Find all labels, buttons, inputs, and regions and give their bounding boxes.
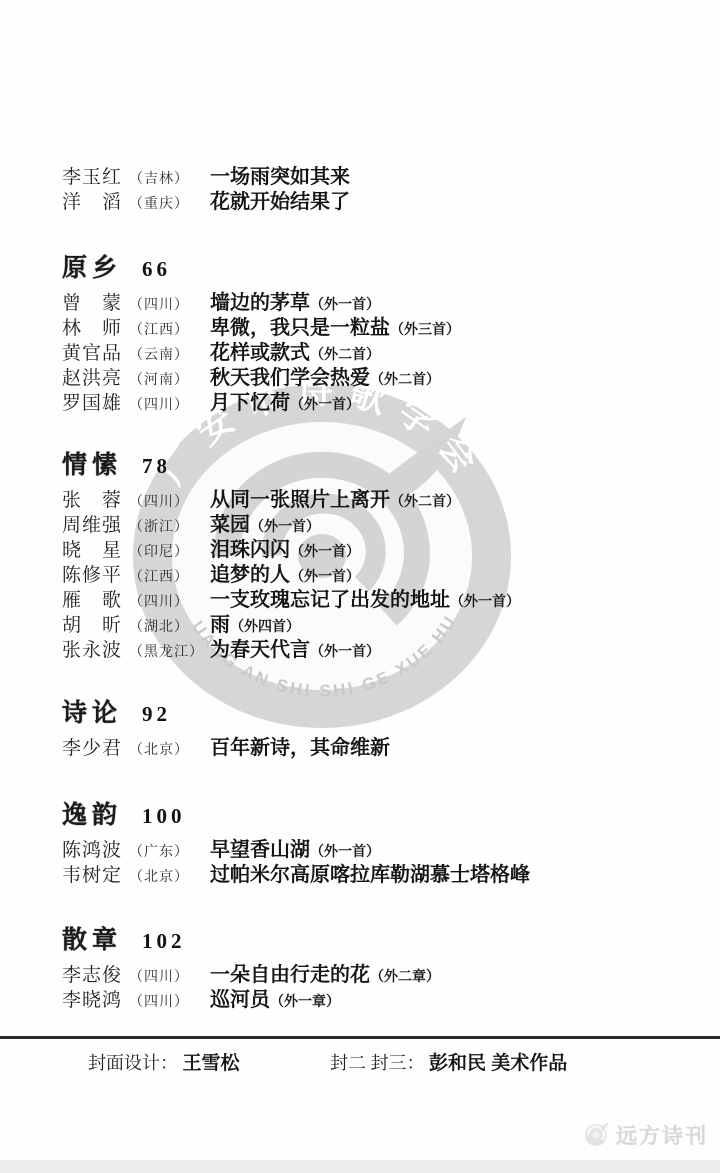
toc-entry-row: 胡 昕（湖北）雨（外四首） — [0, 613, 720, 638]
journal-logo-icon — [582, 1121, 610, 1149]
entry-work-title: 秋天我们学会热爱（外二首） — [210, 366, 440, 393]
entry-work-title-text: 追梦的人 — [210, 564, 290, 586]
entry-work-title: 为春天代言（外一首） — [210, 638, 380, 665]
toc-leading-entries: 李玉红（吉林）一场雨突如其来洋 滔（重庆）花就开始结果了 — [0, 0, 720, 215]
entry-count-note: （外一首） — [450, 595, 520, 610]
entry-count-note: （外一首） — [250, 520, 320, 535]
entry-work-title: 早望香山湖（外一首） — [210, 838, 380, 865]
entry-author-name: 曾 蒙 — [62, 291, 122, 316]
toc-entry-row: 李玉红（吉林）一场雨突如其来 — [0, 165, 720, 190]
toc-entry-row: 李晓鸿（四川）巡河员（外一章） — [0, 988, 720, 1013]
entry-work-title: 菜园（外一首） — [210, 513, 320, 540]
entry-work-title-text: 墙边的茅草 — [210, 292, 310, 314]
section-title: 原乡 — [62, 251, 122, 285]
toc-content: 李玉红（吉林）一场雨突如其来洋 滔（重庆）花就开始结果了 原乡66曾 蒙（四川）… — [0, 0, 720, 1013]
entry-count-note: （外一首） — [290, 570, 360, 585]
section-header: 诗论92 — [0, 696, 720, 730]
entry-author-region: （云南） — [129, 342, 189, 367]
entry-author-region: （河南） — [129, 367, 189, 392]
toc-entry-row: 陈鸿波（广东）早望香山湖（外一首） — [0, 838, 720, 863]
toc-entry-row: 陈修平（江西）追梦的人（外一首） — [0, 563, 720, 588]
toc-entry-row: 张 蓉（四川）从同一张照片上离开（外二首） — [0, 488, 720, 513]
section-page-number: 92 — [142, 697, 171, 731]
entry-work-title-text: 一场雨突如其来 — [210, 166, 350, 188]
entry-author-region: （四川） — [129, 964, 189, 989]
toc-entry-row: 赵洪亮（河南）秋天我们学会热爱（外二首） — [0, 366, 720, 391]
entry-author-name: 赵洪亮 — [62, 366, 122, 391]
toc-section: 情愫78张 蓉（四川）从同一张照片上离开（外二首）周维强（浙江）菜园（外一首）晓… — [0, 448, 720, 663]
entry-count-note: （外一首） — [310, 298, 380, 313]
entry-author-region: （重庆） — [129, 191, 189, 216]
footer-divider — [0, 1036, 720, 1039]
entry-work-title: 一朵自由行走的花（外二章） — [210, 963, 440, 990]
toc-entry-row: 韦树定（北京）过帕米尔高原喀拉库勒湖慕士塔格峰 — [0, 863, 720, 888]
toc-sections: 原乡66曾 蒙（四川）墙边的茅草（外一首）林 师（江西）卑微，我只是一粒盐（外三… — [0, 251, 720, 1013]
section-header: 散章102 — [0, 923, 720, 957]
journal-brand: 远方诗刊 — [582, 1120, 708, 1150]
entry-count-note: （外二首） — [370, 373, 440, 388]
toc-entry-row: 洋 滔（重庆）花就开始结果了 — [0, 190, 720, 215]
toc-entry-row: 林 师（江西）卑微，我只是一粒盐（外三首） — [0, 316, 720, 341]
entry-author-name: 晓 星 — [62, 538, 122, 563]
entry-count-note: （外一首） — [290, 398, 360, 413]
entry-author-name: 黄官品 — [62, 341, 122, 366]
entry-author-region: （湖北） — [129, 614, 189, 639]
entry-work-title-text: 花就开始结果了 — [210, 191, 350, 213]
entry-author-region: （四川） — [129, 489, 189, 514]
toc-entry-row: 李少君（北京）百年新诗，其命维新 — [0, 736, 720, 761]
section-page-number: 78 — [142, 449, 171, 483]
entry-work-title: 过帕米尔高原喀拉库勒湖慕士塔格峰 — [210, 863, 530, 888]
entry-author-name: 李玉红 — [62, 165, 122, 190]
section-title: 散章 — [62, 923, 122, 957]
section-page-number: 66 — [142, 252, 171, 286]
entry-author-name: 韦树定 — [62, 863, 122, 888]
footer: 封面设计： 王雪松 封二 封三： 彭和民 美术作品 — [0, 1048, 720, 1074]
entry-author-name: 周维强 — [62, 513, 122, 538]
entry-work-title-text: 百年新诗，其命维新 — [210, 737, 390, 759]
journal-brand-name: 远方诗刊 — [616, 1120, 708, 1150]
entry-count-note: （外三首） — [390, 323, 460, 338]
entry-count-note: （外一章） — [270, 995, 340, 1010]
entry-author-region: （吉林） — [129, 166, 189, 191]
entry-count-note: （外四首） — [230, 620, 300, 635]
entry-work-title: 一场雨突如其来 — [210, 165, 350, 190]
entry-author-name: 张永波 — [62, 638, 122, 663]
cover-design-label: 封面设计： — [88, 1053, 178, 1073]
toc-section: 逸韵100陈鸿波（广东）早望香山湖（外一首）韦树定（北京）过帕米尔高原喀拉库勒湖… — [0, 798, 720, 888]
entry-author-name: 张 蓉 — [62, 488, 122, 513]
entry-work-title-text: 泪珠闪闪 — [210, 539, 290, 561]
entry-author-name: 陈修平 — [62, 563, 122, 588]
entry-author-region: （北京） — [129, 737, 189, 762]
entry-work-title: 雨（外四首） — [210, 613, 300, 640]
entry-work-title-text: 秋天我们学会热爱 — [210, 367, 370, 389]
section-header: 情愫78 — [0, 448, 720, 482]
entry-author-name: 雁 歌 — [62, 588, 122, 613]
entry-work-title: 从同一张照片上离开（外二首） — [210, 488, 460, 515]
entry-work-title-text: 一支玫瑰忘记了出发的地址 — [210, 589, 450, 611]
entry-work-title-text: 花样或款式 — [210, 342, 310, 364]
entry-count-note: （外二章） — [370, 970, 440, 985]
entry-author-region: （四川） — [129, 292, 189, 317]
entry-work-title: 巡河员（外一章） — [210, 988, 340, 1015]
footer-inside-covers: 封二 封三： 彭和民 美术作品 — [330, 1048, 567, 1075]
toc-section: 原乡66曾 蒙（四川）墙边的茅草（外一首）林 师（江西）卑微，我只是一粒盐（外三… — [0, 251, 720, 416]
entry-author-region: （江西） — [129, 317, 189, 342]
entry-work-title-text: 巡河员 — [210, 989, 270, 1011]
cover-design-value: 王雪松 — [182, 1053, 239, 1074]
entry-author-name: 陈鸿波 — [62, 838, 122, 863]
entry-author-name: 李志俊 — [62, 963, 122, 988]
entry-author-name: 洋 滔 — [62, 190, 122, 215]
entry-author-region: （广东） — [129, 839, 189, 864]
toc-entry-row: 张永波（黑龙江）为春天代言（外一首） — [0, 638, 720, 663]
entry-work-title-text: 卑微，我只是一粒盐 — [210, 317, 390, 339]
entry-author-name: 林 师 — [62, 316, 122, 341]
section-header: 原乡66 — [0, 251, 720, 285]
entry-work-title-text: 早望香山湖 — [210, 839, 310, 861]
entry-author-region: （四川） — [129, 589, 189, 614]
inside-covers-label: 封二 封三： — [330, 1053, 425, 1073]
section-title: 情愫 — [62, 448, 122, 482]
toc-entry-row: 曾 蒙（四川）墙边的茅草（外一首） — [0, 291, 720, 316]
entry-author-region: （浙江） — [129, 514, 189, 539]
toc-entry-row: 晓 星（印尼）泪珠闪闪（外一首） — [0, 538, 720, 563]
section-title: 诗论 — [62, 696, 122, 730]
entry-work-title-text: 从同一张照片上离开 — [210, 489, 390, 511]
entry-author-name: 胡 昕 — [62, 613, 122, 638]
section-page-number: 100 — [142, 799, 186, 833]
entry-work-title: 花样或款式（外二首） — [210, 341, 380, 368]
entry-work-title: 花就开始结果了 — [210, 190, 350, 215]
bottom-strip — [0, 1160, 720, 1173]
entry-work-title: 泪珠闪闪（外一首） — [210, 538, 360, 565]
entry-author-region: （四川） — [129, 392, 189, 417]
entry-author-name: 李少君 — [62, 736, 122, 761]
entry-count-note: （外二首） — [390, 495, 460, 510]
entry-work-title: 墙边的茅草（外一首） — [210, 291, 380, 318]
entry-work-title-text: 一朵自由行走的花 — [210, 964, 370, 986]
entry-author-region: （北京） — [129, 864, 189, 889]
entry-work-title: 百年新诗，其命维新 — [210, 736, 390, 761]
entry-count-note: （外二首） — [310, 348, 380, 363]
toc-entry-row: 罗国雄（四川）月下忆荷（外一首） — [0, 391, 720, 416]
entry-work-title: 一支玫瑰忘记了出发的地址（外一首） — [210, 588, 520, 615]
entry-count-note: （外一首） — [290, 545, 360, 560]
entry-work-title: 月下忆荷（外一首） — [210, 391, 360, 418]
toc-entry-row: 李志俊（四川）一朵自由行走的花（外二章） — [0, 963, 720, 988]
inside-covers-value: 彭和民 美术作品 — [429, 1053, 567, 1074]
section-title: 逸韵 — [62, 798, 122, 832]
entry-work-title-text: 雨 — [210, 614, 230, 636]
page-root: 广安市诗歌学会 GUANG AN SHI SHI GE XUE HUI 李玉红（… — [0, 0, 720, 1173]
entry-author-name: 罗国雄 — [62, 391, 122, 416]
toc-section: 诗论92李少君（北京）百年新诗，其命维新 — [0, 696, 720, 761]
entry-work-title: 追梦的人（外一首） — [210, 563, 360, 590]
toc-entry-row: 黄官品（云南）花样或款式（外二首） — [0, 341, 720, 366]
footer-cover-design: 封面设计： 王雪松 — [88, 1048, 239, 1075]
entry-work-title: 卑微，我只是一粒盐（外三首） — [210, 316, 460, 343]
toc-entry-row: 周维强（浙江）菜园（外一首） — [0, 513, 720, 538]
entry-work-title-text: 菜园 — [210, 514, 250, 536]
entry-author-region: （四川） — [129, 989, 189, 1014]
entry-author-region: （印尼） — [129, 539, 189, 564]
entry-work-title-text: 月下忆荷 — [210, 392, 290, 414]
entry-author-name: 李晓鸿 — [62, 988, 122, 1013]
entry-count-note: （外一首） — [310, 845, 380, 860]
entry-work-title-text: 过帕米尔高原喀拉库勒湖慕士塔格峰 — [210, 864, 530, 886]
toc-section: 散章102李志俊（四川）一朵自由行走的花（外二章）李晓鸿（四川）巡河员（外一章） — [0, 923, 720, 1013]
section-page-number: 102 — [142, 924, 186, 958]
entry-author-region: （江西） — [129, 564, 189, 589]
entry-author-region: （黑龙江） — [129, 639, 204, 664]
entry-work-title-text: 为春天代言 — [210, 639, 310, 661]
toc-entry-row: 雁 歌（四川）一支玫瑰忘记了出发的地址（外一首） — [0, 588, 720, 613]
section-header: 逸韵100 — [0, 798, 720, 832]
entry-count-note: （外一首） — [310, 645, 380, 660]
